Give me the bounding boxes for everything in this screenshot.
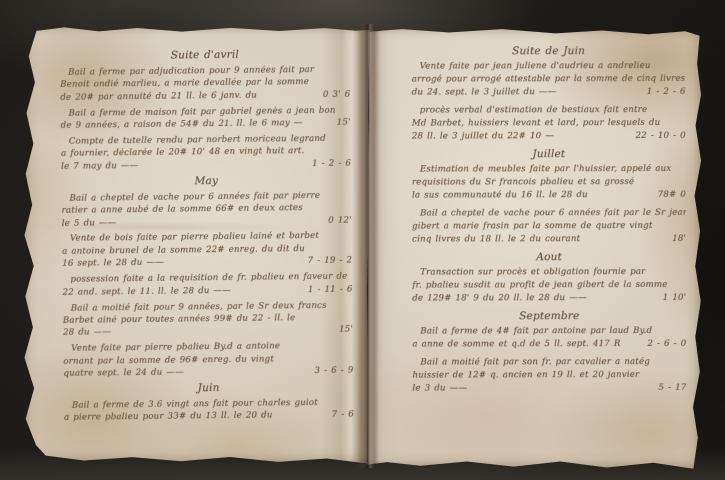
register-entry: Bail a cheptel de vache pour 6 années fa… <box>61 189 351 230</box>
entry-amount: 1 - 2 - 6 <box>637 86 686 99</box>
entry-line: Transaction sur procès et obligation fou… <box>412 266 686 280</box>
register-entry: Estimation de meubles faite par l'huissi… <box>412 163 686 203</box>
entry-line: a anne de somme et q.d de 5 ll. sept. 41… <box>412 338 686 352</box>
register-entry: Vente faite par pierre pbalieu By.d a an… <box>63 340 353 381</box>
entry-line: Bail a moitié fait par son fr. par caval… <box>412 356 686 370</box>
entry-line: Bail a ferme de 4# fait par antoine par … <box>412 325 686 339</box>
entry-line: du 24. sept. le 3 juillet du —— 1 - 2 - … <box>412 86 686 100</box>
entry-line-text: a anne de somme et q.d de 5 ll. sept. 41… <box>412 338 620 352</box>
entry-line: a pierre pbalieu pour 33# du 13 ll. le 2… <box>64 409 354 425</box>
register-entry: procès verbal d'estimation de bestiaux f… <box>412 104 686 144</box>
register-entry: Vente de bois faite par pierre pbalieu l… <box>62 230 352 271</box>
entry-amount: 22 - 10 - 0 <box>625 130 685 143</box>
entry-amount: 15' <box>329 324 353 337</box>
entry-line: Estimation de meubles faite par l'huissi… <box>412 163 686 177</box>
entry-line: fr. pbalieu susdit au profit de jean gib… <box>412 279 686 293</box>
entry-amount: 1 - 2 - 6 <box>302 157 351 170</box>
register-entry: Bail a ferme de 4# fait par antoine par … <box>412 325 686 352</box>
entry-line: procès verbal d'estimation de bestiaux f… <box>412 104 686 118</box>
entry-line: arrogé pour arrogé attestable par la som… <box>412 73 686 87</box>
entry-amount: 0 3' 6 <box>313 88 351 101</box>
register-entry: Transaction sur procès et obligation fou… <box>412 266 686 306</box>
manuscript-page-left: Suite d'avril Bail a ferme par adjudicat… <box>21 26 369 464</box>
entry-line: le 3 du —— 5 - 17 <box>412 382 686 396</box>
entry-amount: 7 - 6 <box>322 409 354 422</box>
entry-line-text: cinq livres du 18 ll. le 2 du courant <box>412 233 580 246</box>
entry-amount: 1 10' <box>653 292 687 305</box>
section-heading-may: May <box>61 173 351 189</box>
section-heading-juin: Juin <box>64 380 354 396</box>
entry-line-text: de 20# par annuité du 21 ll. le 6 janv. … <box>60 89 257 104</box>
entry-line-text: 16 sept. le 28 du —— <box>62 257 164 271</box>
entry-line: huissier de 12# q. ancien en 19 ll. et 2… <box>412 369 686 383</box>
section-heading-juillet: Juillet <box>412 148 686 162</box>
register-entry: Compte de tutelle rendu par norbert mori… <box>61 132 351 173</box>
entry-amount: 2 - 6 - 0 <box>637 338 686 351</box>
register-entry: Bail a moitié fait pour 9 années, par le… <box>63 299 353 340</box>
section-heading-suite-davril: Suite d'avril <box>60 47 350 63</box>
entry-line-text: quatre sept. le 24 du —— <box>63 366 184 380</box>
entry-line-text: le 5 du —— <box>62 217 117 230</box>
section-heading-aout: Aout <box>412 251 686 265</box>
entry-line: cinq livres du 18 ll. le 2 du courant 18… <box>412 233 686 247</box>
register-entry: Bail a cheptel de vache pour 6 années fa… <box>412 207 686 247</box>
entry-line-text: 28 ll. le 3 juillet du 22# 10 — <box>412 130 554 143</box>
register-entry: Bail a ferme par adjudication pour 9 ann… <box>60 63 350 104</box>
section-heading-septembre: Septembre <box>412 310 686 324</box>
entry-amount: 15' <box>327 117 351 130</box>
entry-line: Vente faite par jean juliene d'audrieu a… <box>412 60 686 74</box>
entry-line: quatre sept. le 24 du —— 3 - 6 - 9 <box>63 364 353 380</box>
entry-line-text: du 24. sept. le 3 juillet du —— <box>412 86 557 99</box>
manuscript-photo: Suite d'avril Bail a ferme par adjudicat… <box>0 0 725 480</box>
entry-line: de 20# par annuité du 21 ll. le 6 janv. … <box>60 88 350 104</box>
register-entry: Bail a ferme de 3.6 vingt ans fait pour … <box>64 396 354 424</box>
right-page-text-column: Suite de Juin Vente faite par jean julie… <box>412 40 687 441</box>
entry-amount: 0 12' <box>318 214 352 227</box>
entry-line: gibert a marie frasin par la somme de qu… <box>412 220 686 234</box>
entry-amount: 5 - 17 <box>648 382 686 395</box>
entry-amount: 3 - 6 - 9 <box>304 364 353 377</box>
entry-line-text: 28 du —— <box>63 326 111 339</box>
entry-line-text: 22 and. sept. le 11. ll. le 28 du —— <box>62 284 231 298</box>
entry-line: 28 ll. le 3 juillet du 22# 10 — 22 - 10 … <box>412 130 686 144</box>
entry-line-text: de 129# 18' 9 du 20 ll. le 28 du —— <box>412 292 587 305</box>
entry-amount: 78# 0 <box>648 189 686 202</box>
entry-line: requisitions du Sr francois pbalieu et s… <box>412 176 686 190</box>
entry-line: le 7 may du —— 1 - 2 - 6 <box>61 157 351 173</box>
entry-line-text: la sus communauté du 16 ll. le 28 du <box>412 189 588 202</box>
entry-line: de 129# 18' 9 du 20 ll. le 28 du —— 1 10… <box>412 292 686 306</box>
entry-line-text: de 9 années, a raison de 54# du 21. ll. … <box>61 117 303 132</box>
entry-line: Md Barbet, huissiers levant et lard, pou… <box>412 117 686 131</box>
entry-line: 28 du —— 15' <box>63 324 353 340</box>
register-entry: Bail a ferme de maison fait par gabriel … <box>60 104 350 132</box>
left-page-text-column: Suite d'avril Bail a ferme par adjudicat… <box>60 44 355 451</box>
register-entry: Vente faite par jean juliene d'audrieu a… <box>412 60 686 100</box>
entry-line-text: a pierre pbalieu pour 33# du 13 ll. le 2… <box>64 410 273 425</box>
entry-line-text: le 3 du —— <box>412 382 467 395</box>
entry-line: la sus communauté du 16 ll. le 28 du 78#… <box>412 189 686 203</box>
section-heading-suite-de-juin: Suite de Juin <box>412 45 686 59</box>
entry-amount: 18' <box>662 233 686 246</box>
entry-amount: 7 - 19 - 2 <box>297 255 352 268</box>
entry-line-text: le 7 may du —— <box>61 160 139 173</box>
entry-amount: 1 - 11 - 6 <box>298 283 353 296</box>
manuscript-page-right: Suite de Juin Vente faite par jean julie… <box>367 27 702 468</box>
entry-line: 22 and. sept. le 11. ll. le 28 du —— 1 -… <box>62 283 352 299</box>
register-entry: possession faite a la requisition de fr.… <box>62 271 352 299</box>
entry-line: Bail a cheptel de vache pour 6 années fa… <box>412 207 686 221</box>
register-entry: Bail a moitié fait par son fr. par caval… <box>412 356 686 396</box>
entry-line: le 5 du —— 0 12' <box>62 214 352 230</box>
entry-line: de 9 années, a raison de 54# du 21. ll. … <box>61 117 351 133</box>
entry-line: 16 sept. le 28 du —— 7 - 19 - 2 <box>62 255 352 271</box>
